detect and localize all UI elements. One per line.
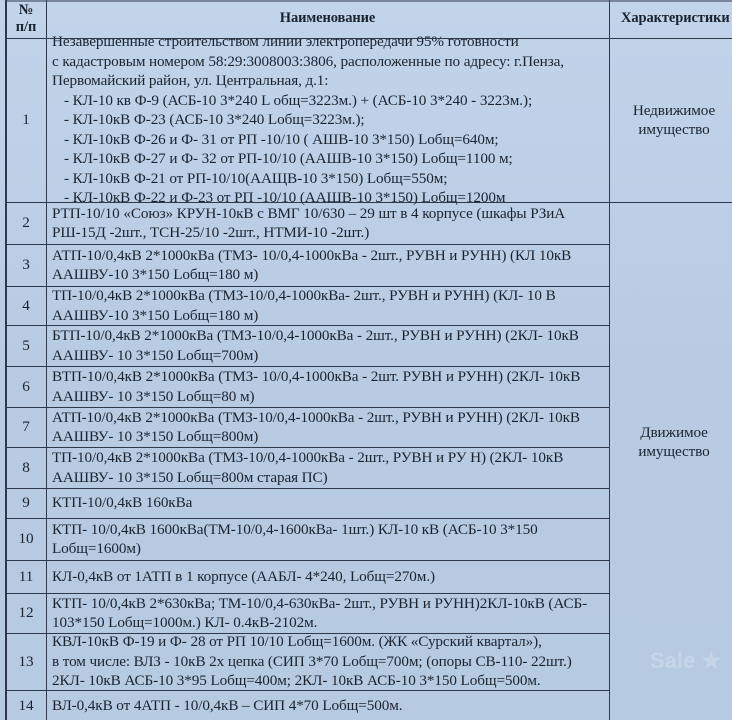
row-number: 9 <box>6 488 46 518</box>
row-name-line: РШ-15Д -2шт., ТСН-25/10 -2шт., НТМИ-10 -… <box>52 223 608 243</box>
characteristic-real-estate: Недвижимое имущество <box>609 38 732 202</box>
row-name-line: ААШВУ- 10 3*150 Lобщ=700м) <box>52 346 608 366</box>
row-divider <box>5 560 609 562</box>
row-name-line: КТП- 10/0,4кВ 1600кВа(ТМ-10/0,4-1600кВа-… <box>52 520 608 540</box>
header-characteristics: Характеристики <box>609 0 732 38</box>
row-name-line: Незавершенные строительством линии элект… <box>52 32 608 52</box>
row-name-line: КТП- 10/0,4кВ 2*630кВа; ТМ-10/0,4-630кВа… <box>52 594 608 614</box>
row-name-line: Первомайский район, ул. Центральная, д.1… <box>52 71 608 91</box>
row-name-line: ВЛ-0,4кВ от 4АТП - 10/0,4кВ – СИП 4*70 L… <box>52 696 608 716</box>
row-divider <box>5 202 732 204</box>
row-number: 12 <box>6 593 46 633</box>
row-divider <box>5 633 609 635</box>
row-divider <box>5 518 609 520</box>
row-divider <box>5 366 609 368</box>
header-number-line1: № <box>19 2 33 19</box>
row-number: 11 <box>6 560 46 593</box>
row-name-line: в том числе: ВЛЗ - 10кВ 2х цепка (СИП 3*… <box>52 652 608 672</box>
row-divider <box>5 488 609 490</box>
row-name: АТП-10/0,4кВ 2*1000кВа (ТМЗ-10/0,4-1000к… <box>47 407 608 447</box>
row-name-line: ААШВУ-10 3*150 Lобщ=180 м) <box>52 265 608 285</box>
row-number: 5 <box>6 325 46 366</box>
row-name-line: 2КЛ- 10кВ АСБ-10 3*95 Lобщ=400м; 2КЛ- 10… <box>52 671 608 691</box>
row-number: 3 <box>6 244 46 286</box>
row-number: 8 <box>6 447 46 488</box>
column-divider <box>609 0 611 720</box>
row-name-line: АТП-10/0,4кВ 2*1000кВа (ТМЗ-10/0,4-1000к… <box>52 408 608 428</box>
row-name-line: 103*150 Lобщ=1000м.) КЛ- 0.4кВ-2102м. <box>52 613 608 633</box>
row-divider <box>5 38 732 40</box>
header-number: № п/п <box>6 0 46 38</box>
row-name-line: - КЛ-10кВ Ф-21 от РП-10/10(ААЩВ-10 3*150… <box>52 169 608 189</box>
row-name-line: ААШВУ- 10 3*150 Lобщ=800м) <box>52 427 608 447</box>
column-divider <box>46 0 48 720</box>
row-number: 10 <box>6 518 46 560</box>
row-divider <box>5 0 732 2</box>
row-divider <box>5 447 609 449</box>
row-name-line: КЛ-0,4кВ от 1АТП в 1 корпусе (ААБЛ- 4*24… <box>52 567 608 587</box>
row-name-line: ТП-10/0,4кВ 2*1000кВа (ТМЗ-10/0,4-1000кВ… <box>52 448 608 468</box>
row-name-line: - КЛ-10кВ Ф-23 (АСБ-10 3*240 Lобщ=3223м.… <box>52 110 608 130</box>
row-name: КТП- 10/0,4кВ 2*630кВа; ТМ-10/0,4-630кВа… <box>47 593 608 633</box>
row-name-line: КТП-10/0,4кВ 160кВа <box>52 493 608 513</box>
row-name-line: с кадастровым номером 58:29:3008003:3806… <box>52 52 608 72</box>
row-divider <box>5 593 609 595</box>
characteristic-label: Движимое <box>640 423 708 442</box>
row-number: 4 <box>6 286 46 325</box>
row-name-line: ВТП-10/0,4кВ 2*1000кВа (ТМЗ- 10/0,4-1000… <box>52 367 608 387</box>
row-name-line: - КЛ-10кВ Ф-26 и Ф- 31 от РП -10/10 ( АШ… <box>52 130 608 150</box>
row-name: ВЛ-0,4кВ от 4АТП - 10/0,4кВ – СИП 4*70 L… <box>47 690 608 720</box>
row-name-line: ААШВУ-10 3*150 Lобщ=180 м) <box>52 306 608 326</box>
row-name-line: КВЛ-10кВ Ф-19 и Ф- 28 от РП 10/10 Lобщ=1… <box>52 632 608 652</box>
row-name: КТП-10/0,4кВ 160кВа <box>47 488 608 518</box>
characteristic-label: Недвижимое <box>633 101 715 120</box>
row-name: ТП-10/0,4кВ 2*1000кВа (ТМЗ-10/0,4-1000кВ… <box>47 286 608 325</box>
characteristic-movable: Движимое имущество <box>609 202 732 720</box>
row-name: КВЛ-10кВ Ф-19 и Ф- 28 от РП 10/10 Lобщ=1… <box>47 633 608 690</box>
row-divider <box>5 690 609 692</box>
row-number: 1 <box>6 38 46 202</box>
row-number: 7 <box>6 407 46 447</box>
row-divider <box>5 407 609 409</box>
row-name-line: - КЛ-10кВ Ф-27 и Ф- 32 от РП-10/10 (ААШВ… <box>52 149 608 169</box>
characteristic-label: имущество <box>638 120 709 139</box>
row-name: АТП-10/0,4кВ 2*1000кВа (ТМЗ- 10/0,4-1000… <box>47 244 608 286</box>
row-name-line: АТП-10/0,4кВ 2*1000кВа (ТМЗ- 10/0,4-1000… <box>52 246 608 266</box>
row-divider <box>5 244 609 246</box>
row-name: БТП-10/0,4кВ 2*1000кВа (ТМЗ-10/0,4-1000к… <box>47 325 608 366</box>
row-name-line: - КЛ-10 кв Ф-9 (АСБ-10 3*240 L общ=3223м… <box>52 91 608 111</box>
characteristic-label: имущество <box>638 442 709 461</box>
row-name: ТП-10/0,4кВ 2*1000кВа (ТМЗ-10/0,4-1000кВ… <box>47 447 608 488</box>
row-number: 2 <box>6 202 46 244</box>
document-table: № п/п Наименование Характеристики Недвиж… <box>0 0 732 720</box>
row-name-line: Lобщ=1600м) <box>52 539 608 559</box>
column-divider <box>5 0 7 720</box>
watermark: Sale ★ <box>650 648 721 674</box>
row-number: 6 <box>6 366 46 407</box>
row-name-line: ААШВУ- 10 3*150 Lобщ=80 м) <box>52 387 608 407</box>
row-name-line: ТП-10/0,4кВ 2*1000кВа (ТМЗ-10/0,4-1000кВ… <box>52 286 608 306</box>
row-name: Незавершенные строительством линии элект… <box>47 38 608 202</box>
row-name: ВТП-10/0,4кВ 2*1000кВа (ТМЗ- 10/0,4-1000… <box>47 366 608 407</box>
row-divider <box>5 325 609 327</box>
row-number: 14 <box>6 690 46 720</box>
row-name-line: БТП-10/0,4кВ 2*1000кВа (ТМЗ-10/0,4-1000к… <box>52 326 608 346</box>
row-divider <box>5 286 609 288</box>
header-number-line2: п/п <box>16 19 36 36</box>
row-name-line: РТП-10/10 «Союз» КРУН-10кВ с ВМГ 10/630 … <box>52 204 608 224</box>
row-name: КТП- 10/0,4кВ 1600кВа(ТМ-10/0,4-1600кВа-… <box>47 518 608 560</box>
row-number: 13 <box>6 633 46 690</box>
row-name-line: ААШВУ- 10 3*150 Lобщ=800м старая ПС) <box>52 468 608 488</box>
row-name: РТП-10/10 «Союз» КРУН-10кВ с ВМГ 10/630 … <box>47 202 608 244</box>
row-name: КЛ-0,4кВ от 1АТП в 1 корпусе (ААБЛ- 4*24… <box>47 560 608 593</box>
